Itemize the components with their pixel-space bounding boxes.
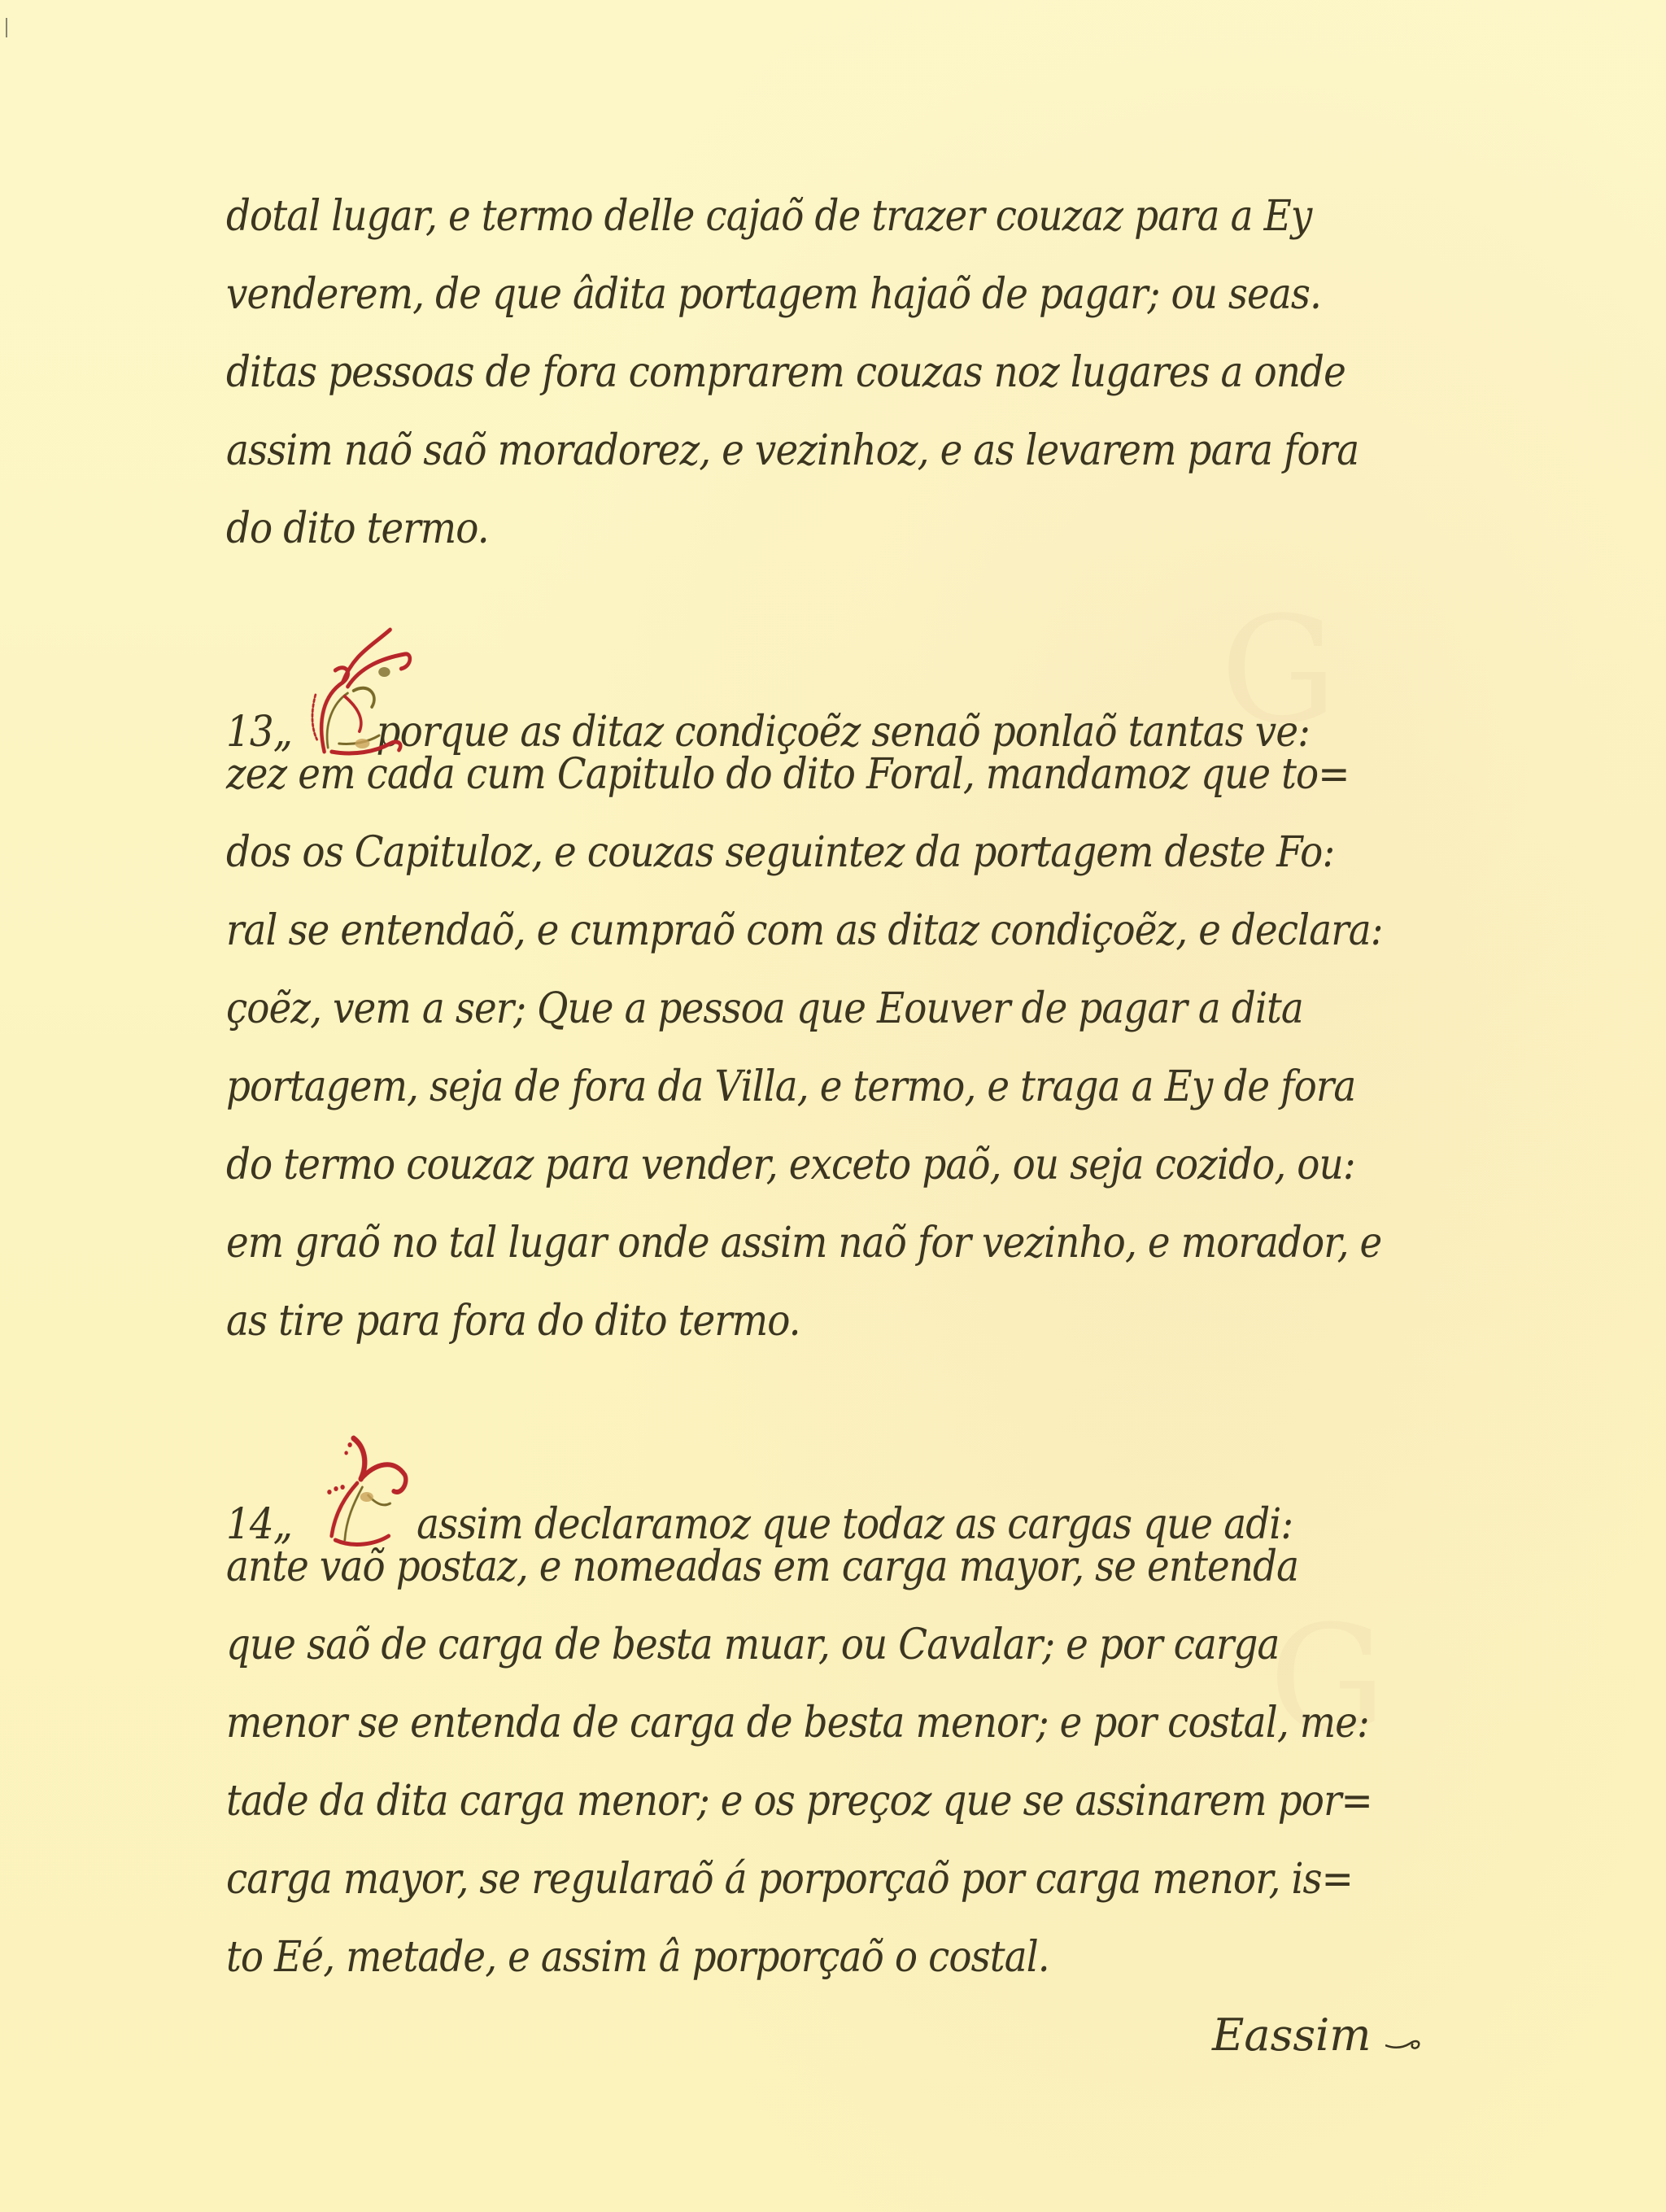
text-line: em graõ no tal lugar onde assim naõ for …: [226, 1222, 1310, 1300]
catchword-text: Eassim: [1212, 2009, 1372, 2061]
text-line: çoẽz, vem a ser; Que a pessoa que Eouver…: [226, 988, 1310, 1066]
text-line: dotal lugar, e termo delle cajaõ de traz…: [226, 195, 1310, 273]
paragraph-text: assim declaramoz que todaz as cargas que…: [416, 1503, 1293, 1546]
paragraph-text: porque as ditaz condiçoẽz senaõ ponlaõ t…: [377, 711, 1310, 753]
flourish-icon: [1385, 2034, 1423, 2050]
illuminated-initial-e-icon: [303, 675, 372, 753]
margin-tick-mark: [6, 18, 7, 37]
text-line: tade da dita carga menor; e os preçoz qu…: [226, 1780, 1310, 1858]
paragraph-number: 13„: [226, 711, 292, 753]
text-line: ante vaõ postaz, e nomeadas em carga may…: [226, 1546, 1310, 1624]
text-line: zez em cada cum Capitulo do dito Foral, …: [226, 753, 1310, 831]
text-line: menor se entenda de carga de besta menor…: [226, 1702, 1310, 1780]
text-line: venderem, de que âdita portagem hajaõ de…: [226, 273, 1310, 351]
text-line: que saõ de carga de besta muar, ou Caval…: [226, 1624, 1310, 1702]
text-line: ral se entendaõ, e cumpraõ com as ditaz …: [226, 910, 1310, 988]
paragraph-number: 14„: [226, 1503, 292, 1546]
paragraph-14-first-line: 14„: [226, 1468, 1310, 1546]
text-line: carga mayor, se regularaõ á porporçaõ po…: [226, 1858, 1310, 1936]
paragraph-13-first-line: 13„: [226, 675, 1310, 753]
text-line: do termo couzaz para vender, exceto paõ,…: [226, 1144, 1310, 1222]
illuminated-initial-e-icon: [303, 1468, 412, 1546]
text-line: dos os Capituloz, e couzas seguintez da …: [226, 831, 1310, 910]
text-line: as tire para fora do dito termo.: [226, 1300, 1310, 1378]
manuscript-page: G G dotal lugar, e termo delle cajaõ de …: [0, 0, 1666, 2212]
text-line: to Eé, metade, e assim â porporçaõ o cos…: [226, 1936, 1310, 2014]
manuscript-text: dotal lugar, e termo delle cajaõ de traz…: [226, 195, 1430, 2014]
catchword: Eassim: [1212, 2009, 1423, 2061]
text-line: assim naõ saõ moradorez, e vezinhoz, e a…: [226, 430, 1310, 508]
text-line: ditas pessoas de fora comprarem couzas n…: [226, 351, 1310, 430]
text-line: portagem, seja de fora da Villa, e termo…: [226, 1066, 1310, 1144]
text-line: do dito termo.: [226, 508, 1310, 586]
